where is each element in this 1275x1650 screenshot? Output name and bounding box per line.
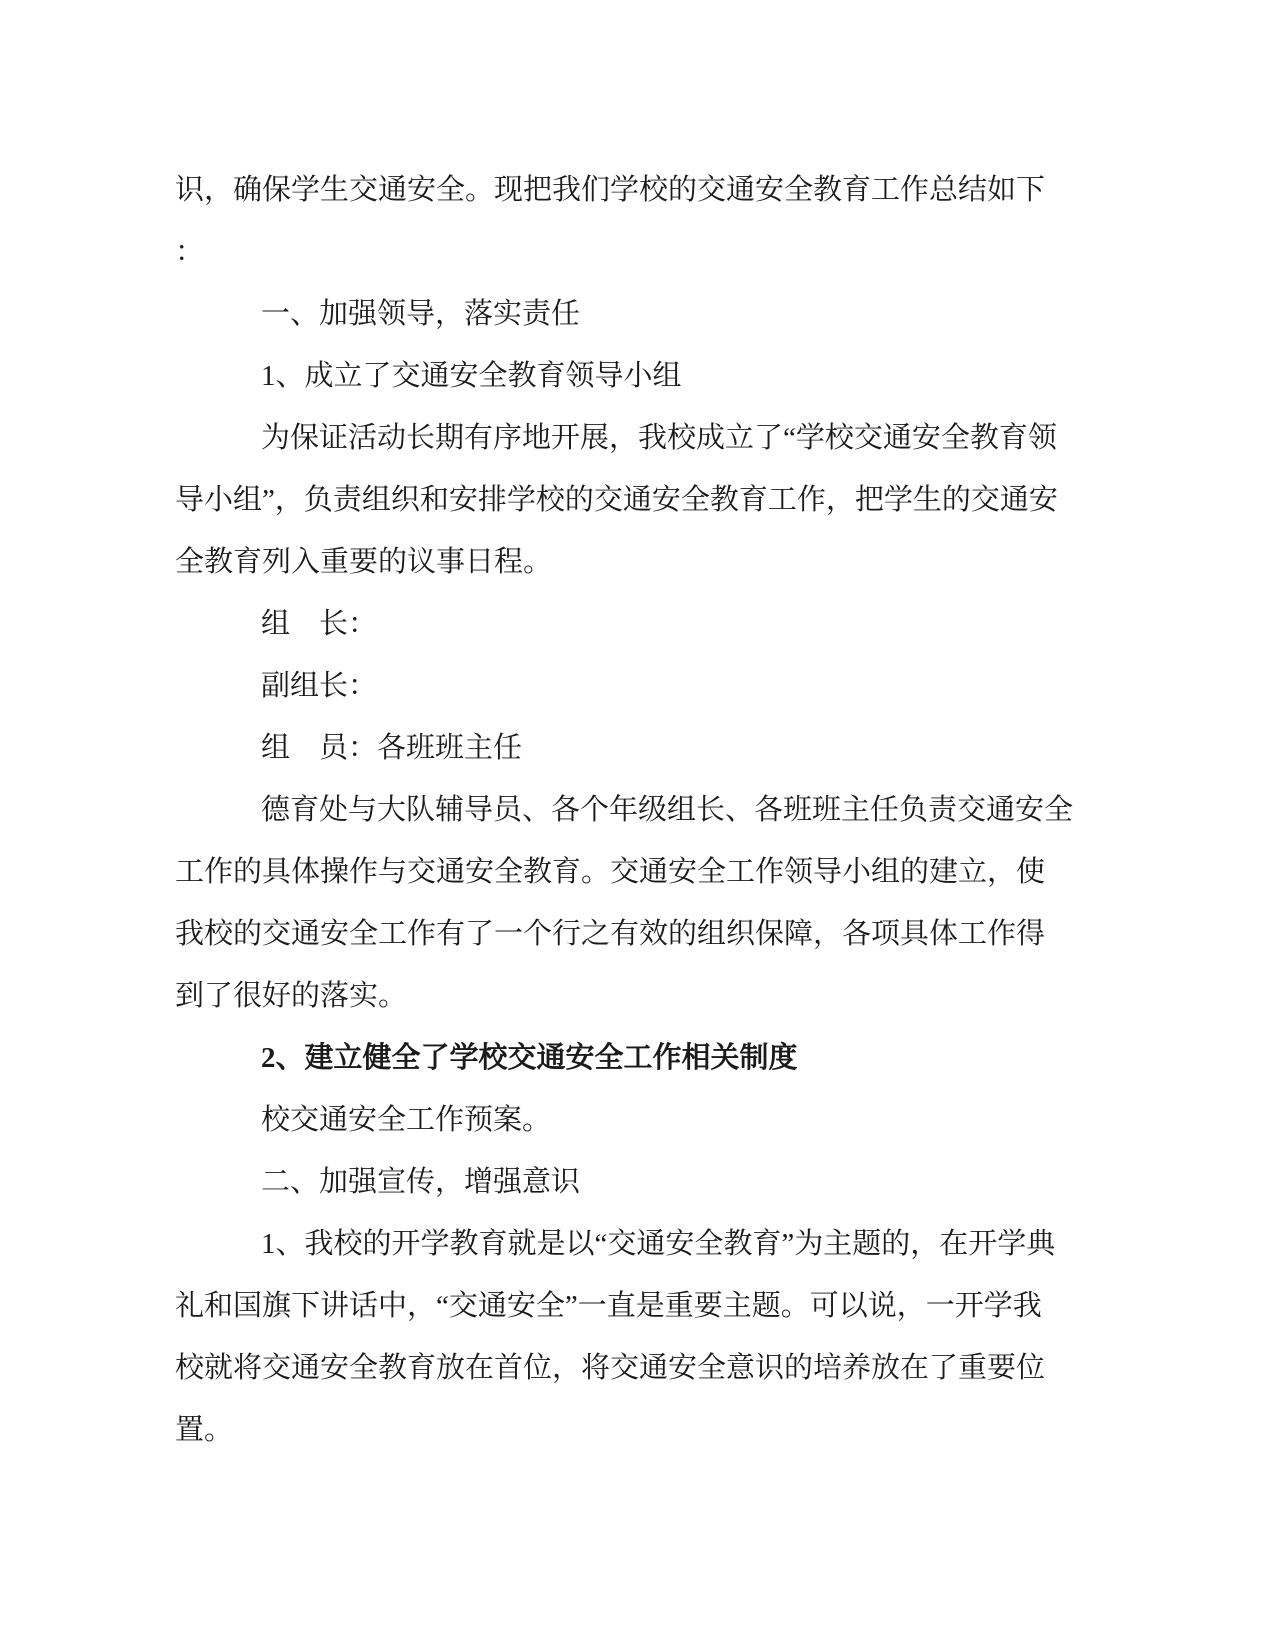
- text-line: 德育处与大队辅导员、各个年级组长、各班班主任负责交通安全: [175, 779, 1077, 841]
- text-line: 导小组”，负责组织和安排学校的交通安全教育工作，把学生的交通安: [175, 469, 1077, 531]
- text-line: 一、加强领导，落实责任: [175, 283, 1077, 345]
- text-line: 校交通安全工作预案。: [175, 1089, 1077, 1151]
- text-line: 组 员：各班班主任: [175, 717, 1077, 779]
- text-line: 二、加强宣传，增强意识: [175, 1151, 1077, 1213]
- document-page: 识，确保学生交通安全。现把我们学校的交通安全教育工作总结如下：一、加强领导，落实…: [0, 0, 1275, 1650]
- text-line: 到了很好的落实。: [175, 965, 1077, 1027]
- text-line: 礼和国旗下讲话中，“交通安全”一直是重要主题。可以说，一开学我: [175, 1275, 1077, 1337]
- text-line: 副组长：: [175, 655, 1077, 717]
- text-line: 为保证活动长期有序地开展，我校成立了“学校交通安全教育领: [175, 407, 1077, 469]
- text-line: 置。: [175, 1399, 1077, 1461]
- text-line: 识，确保学生交通安全。现把我们学校的交通安全教育工作总结如下: [175, 159, 1077, 221]
- text-line: 组 长：: [175, 593, 1077, 655]
- text-line: 我校的交通安全工作有了一个行之有效的组织保障，各项具体工作得: [175, 903, 1077, 965]
- document-body: 识，确保学生交通安全。现把我们学校的交通安全教育工作总结如下：一、加强领导，落实…: [175, 159, 1077, 1461]
- text-line: 校就将交通安全教育放在首位，将交通安全意识的培养放在了重要位: [175, 1337, 1077, 1399]
- text-line: 工作的具体操作与交通安全教育。交通安全工作领导小组的建立，使: [175, 841, 1077, 903]
- text-line: 全教育列入重要的议事日程。: [175, 531, 1077, 593]
- text-line: 2、建立健全了学校交通安全工作相关制度: [175, 1027, 1077, 1089]
- text-line: ：: [175, 221, 1077, 283]
- text-line: 1、我校的开学教育就是以“交通安全教育”为主题的，在开学典: [175, 1213, 1077, 1275]
- text-line: 1、成立了交通安全教育领导小组: [175, 345, 1077, 407]
